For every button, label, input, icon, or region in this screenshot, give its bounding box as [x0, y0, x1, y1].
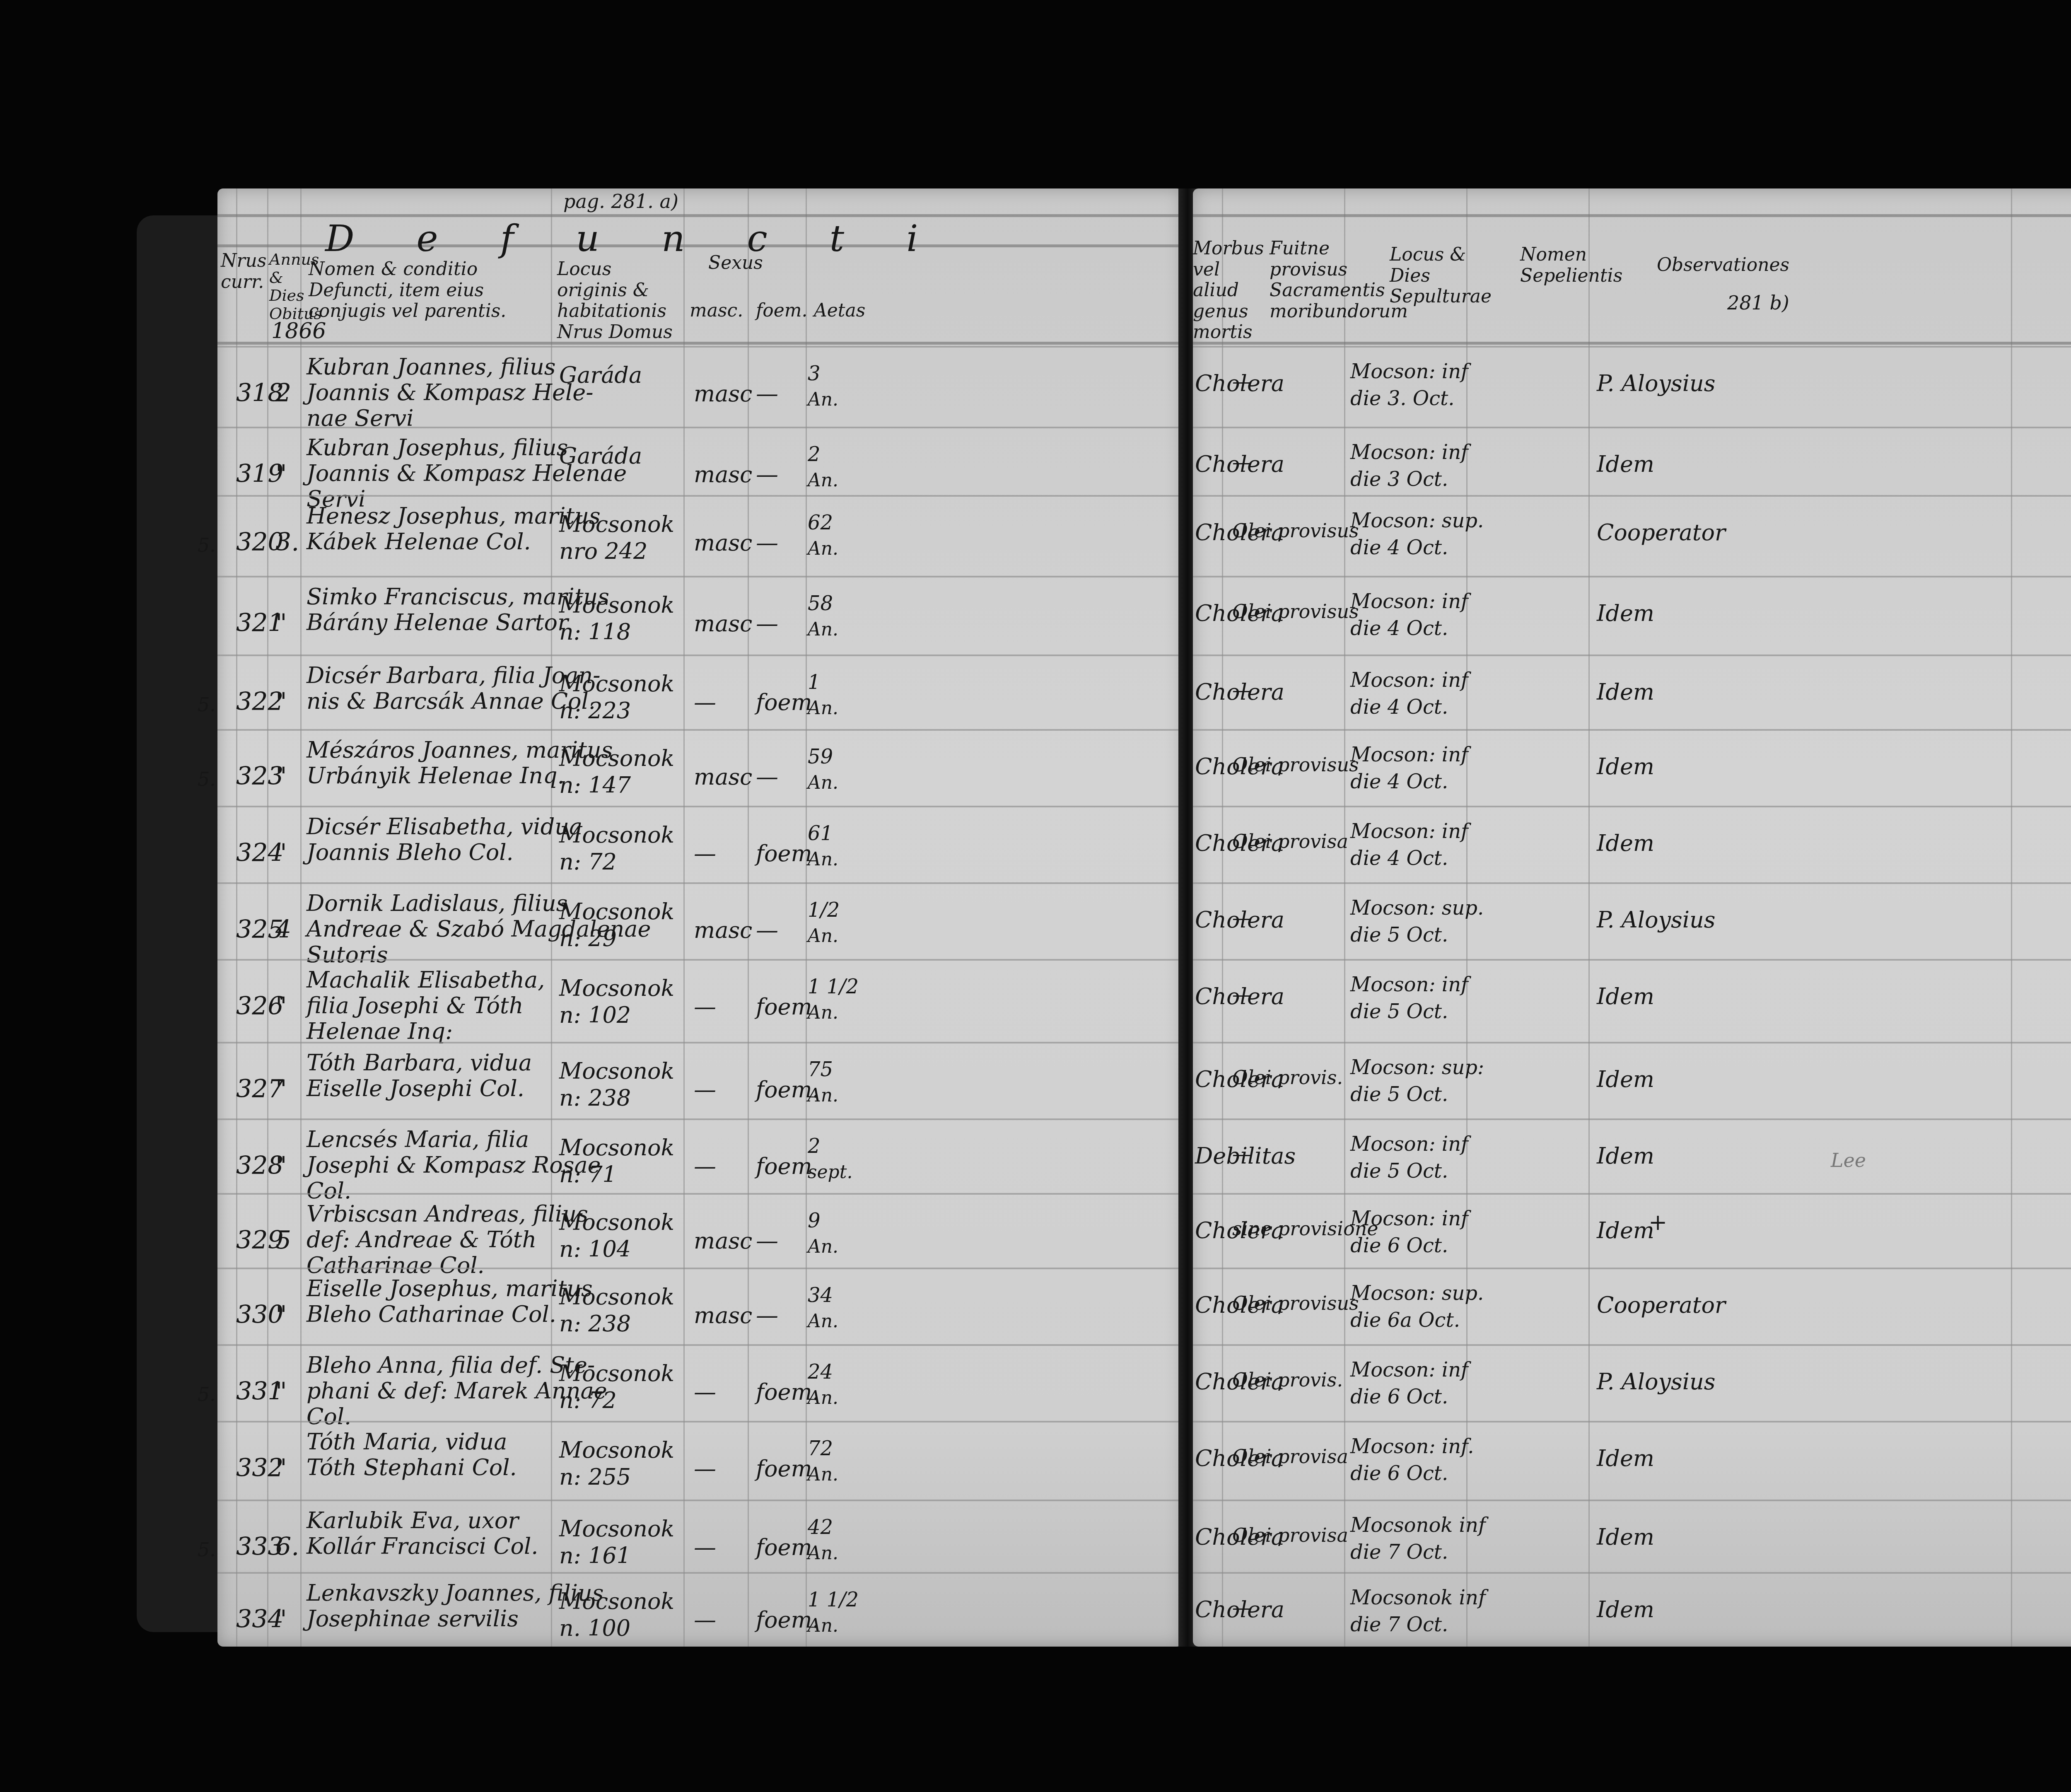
sex-foem: — [756, 1228, 778, 1254]
sex-foem: — [756, 381, 778, 407]
deceased-name-line2: Josephi & Kompasz Rosae [307, 1152, 601, 1178]
locus-line2: n: 29 [559, 926, 617, 952]
burial-date: die 4 Oct. [1350, 536, 1448, 559]
row-rule [1193, 1421, 2071, 1422]
locus-line1: Mocsonok [559, 976, 674, 1001]
row-rule [1193, 806, 2071, 807]
sex-masc: masc [694, 530, 752, 556]
deceased-name-line3: Helenae Inq: [307, 1019, 453, 1044]
age-unit: An. [808, 1311, 838, 1332]
table-row: Cholera — Mocson: inf die 3 Oct. Idem [1193, 427, 2071, 495]
age-unit: An. [808, 1002, 838, 1024]
locus-line1: Mocsonok [559, 1589, 674, 1614]
table-row: Cholera sine provisione Mocson: inf die … [1193, 1193, 2071, 1268]
table-row: 328 " Lencsés Maria, filia Josephi & Kom… [217, 1118, 1183, 1193]
sacraments: Olei provisus [1232, 1292, 1359, 1314]
table-row: Cholera Olei provis. Mocson: sup: die 5 … [1193, 1042, 2071, 1118]
sex-foem: — [756, 764, 778, 790]
table-row: 329 5 Vrbiscsan Andreas, filius def: And… [217, 1193, 1183, 1268]
deceased-name-line1: Dicsér Elisabetha, vidua [307, 814, 582, 840]
locus-line2: n: 147 [559, 773, 631, 798]
burial-place: Mocson: inf. [1350, 1435, 1474, 1458]
header-sexus: Sexus [708, 253, 763, 274]
page-reference: pag. 281. a) [563, 191, 678, 213]
row-rule [217, 729, 1183, 731]
age-value: 3 [808, 362, 821, 385]
sex-masc: — [694, 841, 716, 867]
row-rule [217, 1421, 1183, 1422]
officiant: Idem [1597, 1218, 1654, 1244]
burial-place: Mocson: inf [1350, 360, 1468, 383]
age-value: 1 [808, 671, 821, 694]
row-rule [217, 1193, 1183, 1195]
left-page: pag. 281. a) Defuncti Nrus curr. Annus &… [217, 188, 1183, 1647]
table-row: Cholera — Mocson: inf die 5 Oct. Idem [1193, 959, 2071, 1042]
deceased-name-line2: Bleho Catharinae Col. [307, 1302, 556, 1327]
burial-date: die 7 Oct. [1350, 1613, 1448, 1636]
officiant: Idem [1597, 601, 1654, 626]
deceased-name-line1: Bleho Anna, filia def. Ste- [307, 1352, 595, 1378]
age-unit: An. [808, 1464, 838, 1485]
row-rule [217, 495, 1183, 497]
officiant: Idem [1597, 754, 1654, 780]
deceased-name-line2: Kollár Francisci Col. [307, 1534, 538, 1559]
burial-place: Mocson: inf [1350, 590, 1468, 613]
header-locus: Locus originis & habitationis Nrus Domus [557, 259, 677, 343]
sacraments: — [1232, 1143, 1251, 1165]
table-row: 5. 323 " Mészáros Joannes, maritus Urbán… [217, 729, 1183, 806]
burial-place: Mocson: inf [1350, 820, 1468, 843]
day-of-death: " [275, 1377, 287, 1406]
age-value: 72 [808, 1437, 833, 1460]
locus-line1: Mocsonok [559, 1361, 674, 1386]
sacraments: — [1232, 452, 1251, 473]
officiant: Idem [1597, 452, 1654, 477]
table-row: 319 " Kubran Josephus, filius Joannis & … [217, 427, 1183, 495]
day-of-death: " [275, 1152, 287, 1180]
sex-masc: masc [694, 1228, 752, 1254]
day-of-death: " [275, 1605, 287, 1634]
sex-foem: foem [756, 994, 812, 1020]
age-value: 58 [808, 592, 833, 615]
locus-line2: n: 104 [559, 1237, 631, 1262]
deceased-name-line1: Henesz Josephus, maritus [307, 503, 601, 529]
header-year: 1866 [271, 319, 326, 344]
deceased-name-line2: Joannis & Kompasz Hele- [307, 380, 594, 406]
age-unit: An. [808, 619, 838, 640]
rule [217, 214, 1183, 217]
sex-foem: foem [756, 1456, 812, 1482]
locus-line1: Mocsonok [559, 671, 674, 697]
locus-line2: n: 102 [559, 1002, 631, 1028]
locus-line2: nro 242 [559, 539, 647, 564]
deceased-name-line2: Bárány Helenae Sartor [307, 610, 568, 635]
burial-place: Mocson: sup: [1350, 1056, 1484, 1079]
burial-place: Mocsonok inf [1350, 1587, 1486, 1609]
age-unit: An. [808, 389, 838, 411]
burial-date: die 7 Oct. [1350, 1541, 1448, 1564]
sex-foem: foem [756, 1535, 812, 1560]
age-unit: An. [808, 1543, 838, 1564]
sex-masc: — [694, 1077, 716, 1103]
row-rule [217, 959, 1183, 961]
age-value: 9 [808, 1210, 821, 1232]
sex-foem: foem [756, 841, 812, 867]
sex-masc: — [694, 1154, 716, 1179]
sex-masc: masc [694, 918, 752, 943]
sacraments: — [1232, 984, 1251, 1006]
row-rule [217, 806, 1183, 807]
locus-line2: n: 72 [559, 849, 617, 875]
age-unit: An. [808, 1616, 838, 1637]
burial-place: Mocson: sup. [1350, 897, 1484, 920]
day-of-death: 2 [275, 379, 291, 408]
table-row: Cholera — Mocson: inf die 3. Oct. P. Alo… [1193, 346, 2071, 427]
age-unit: An. [808, 926, 838, 947]
age-value: 42 [808, 1516, 833, 1539]
day-of-death: " [275, 992, 287, 1021]
header-sepultura: Locus & Dies Sepulturae [1390, 244, 1497, 307]
deceased-name-line2: nis & Barcsák Annae Col. [307, 688, 596, 714]
sacraments: — [1232, 371, 1251, 393]
sacraments: Olei provisus [1232, 601, 1359, 623]
sex-foem: foem [756, 1154, 812, 1179]
sacraments: — [1232, 679, 1251, 701]
locus-line2: n: 161 [559, 1543, 631, 1569]
table-row: Cholera Olei provisus Mocson: inf die 4 … [1193, 729, 2071, 806]
locus-line2: n: 223 [559, 698, 631, 724]
header-masc: masc. [690, 300, 743, 321]
deceased-name-line1: Lencsés Maria, filia [307, 1127, 529, 1152]
row-rule [217, 346, 1183, 348]
margin-mark: 5. [198, 768, 216, 790]
margin-mark: 5. [198, 534, 216, 556]
sex-masc: masc [694, 462, 752, 488]
table-row: Debilitas — Mocson: inf die 5 Oct. Idem [1193, 1118, 2071, 1193]
burial-date: die 5 Oct. [1350, 1083, 1448, 1106]
row-rule [1193, 1572, 2071, 1574]
sacraments: Olei provis. [1232, 1067, 1343, 1089]
table-row: 324 " Dicsér Elisabetha, vidua Joannis B… [217, 806, 1183, 882]
margin-mark: 5. [198, 1384, 216, 1406]
age-value: 59 [808, 746, 833, 768]
burial-date: die 3. Oct. [1350, 387, 1455, 410]
table-row: 325 4 Dornik Ladislaus, filius Andreae &… [217, 882, 1183, 959]
age-value: 34 [808, 1284, 833, 1307]
table-row: 332 " Tóth Maria, vidua Tóth Stephani Co… [217, 1421, 1183, 1500]
sex-masc: masc [694, 381, 752, 407]
age-unit: An. [808, 1085, 838, 1106]
age-unit: An. [808, 1237, 838, 1258]
locus-line1: Mocsonok [559, 1284, 674, 1310]
sex-masc: masc [694, 1303, 752, 1328]
deceased-name-line2: Urbányik Helenae Inq. [307, 763, 565, 789]
officiant: Idem [1597, 679, 1654, 705]
age-unit: An. [808, 849, 838, 870]
officiant: Idem [1597, 1067, 1654, 1092]
table-row: 330 " Eiselle Josephus, maritus Bleho Ca… [217, 1268, 1183, 1344]
header-sacramenta: Fuitne provisus Sacramentis moribundorum [1270, 238, 1381, 322]
age-value: 1 1/2 [808, 1589, 859, 1611]
table-row: Cholera Olei provis. Mocson: inf die 6 O… [1193, 1344, 2071, 1421]
burial-place: Mocson: inf [1350, 1133, 1468, 1156]
locus-line2: n: 118 [559, 619, 631, 645]
locus-line1: Mocsonok [559, 1516, 674, 1542]
row-rule [1193, 576, 2071, 577]
deceased-name-line2: Kábek Helenae Col. [307, 529, 531, 555]
row-rule [217, 882, 1183, 884]
table-row: Cholera Olei provisa Mocson: inf. die 6 … [1193, 1421, 2071, 1500]
table-row: 5. 333 6. Karlubik Eva, uxor Kollár Fran… [217, 1500, 1183, 1572]
burial-date: die 6 Oct. [1350, 1386, 1448, 1408]
burial-place: Mocson: sup. [1350, 1282, 1484, 1305]
page-reference: 281 b) [1727, 292, 1789, 314]
day-of-death: " [275, 460, 287, 488]
burial-date: die 5 Oct. [1350, 924, 1448, 947]
deceased-name-line2: Eiselle Josephi Col. [307, 1076, 524, 1101]
row-rule [1193, 1500, 2071, 1501]
burial-date: die 4 Oct. [1350, 617, 1448, 640]
rule [217, 342, 1183, 345]
row-rule [1193, 346, 2071, 348]
day-of-death: " [275, 1075, 287, 1104]
deceased-name-line1: Machalik Elisabetha, [307, 967, 545, 993]
row-rule [1193, 1193, 2071, 1195]
sex-masc: masc [694, 611, 752, 637]
table-row: 318 2 Kubran Joannes, filius Joannis & K… [217, 346, 1183, 427]
table-row: Cholera Olei provisus Mocson: inf die 4 … [1193, 576, 2071, 654]
margin-mark: 5. [198, 1539, 216, 1561]
locus-line2: n. 100 [559, 1616, 630, 1641]
day-of-death: " [275, 1454, 287, 1483]
row-rule [217, 1118, 1183, 1120]
burial-place: Mocson: inf [1350, 973, 1468, 996]
table-row: Cholera — Mocsonok inf die 7 Oct. Idem [1193, 1572, 2071, 1649]
table-row: 321 " Simko Franciscus, maritus Bárány H… [217, 576, 1183, 654]
sex-foem: foem [756, 690, 812, 715]
age-value: 1/2 [808, 899, 840, 922]
sex-foem: — [756, 530, 778, 556]
day-of-death: 6. [275, 1533, 299, 1561]
deceased-name-line1: Vrbiscsan Andreas, filius [307, 1201, 588, 1227]
margin-mark: 5. [198, 694, 216, 716]
row-rule [1193, 1268, 2071, 1269]
row-rule [1193, 495, 2071, 497]
day-of-death: " [275, 839, 287, 867]
sacraments: — [1232, 1597, 1251, 1619]
burial-date: die 3 Oct. [1350, 468, 1448, 491]
deceased-name-line1: Tóth Maria, vidua [307, 1429, 507, 1455]
locus-line1: Mocsonok [559, 746, 674, 771]
sex-foem: — [756, 1303, 778, 1328]
deceased-name-line1: Karlubik Eva, uxor [307, 1508, 519, 1534]
day-of-death: " [275, 688, 287, 716]
age-value: 75 [808, 1058, 833, 1081]
day-of-death: " [275, 609, 287, 638]
header-morbus: Morbus vel aliud genus mortis [1193, 238, 1265, 343]
locus-line2: n: 71 [559, 1162, 617, 1188]
table-row: Cholera Olei provisa Mocsonok inf die 7 … [1193, 1500, 2071, 1572]
sex-masc: masc [694, 764, 752, 790]
row-rule [1193, 882, 2071, 884]
table-row: Cholera — Mocson: inf die 4 Oct. Idem [1193, 654, 2071, 729]
row-rule [217, 1042, 1183, 1043]
deceased-name-line1: Tóth Barbara, vidua [307, 1050, 532, 1076]
sex-masc: — [694, 1607, 716, 1633]
row-rule [1193, 1118, 2071, 1120]
deceased-name-line1: Eiselle Josephus, maritus [307, 1276, 593, 1302]
age-unit: An. [808, 1388, 838, 1409]
deceased-name-line2: Joannis Bleho Col. [307, 840, 514, 865]
age-value: 2 [808, 443, 821, 466]
row-rule [1193, 427, 2071, 428]
table-row: Cholera Olei provisa Mocson: inf die 4 O… [1193, 806, 2071, 882]
table-row: 5. 331 " Bleho Anna, filia def. Ste- pha… [217, 1344, 1183, 1421]
header-observationes: Observationes [1657, 255, 1789, 276]
locus-line2: n: 238 [559, 1085, 631, 1111]
locus-line1: Garáda [559, 443, 642, 469]
header-nr: Nrus curr. [221, 251, 266, 292]
sex-masc: — [694, 994, 716, 1020]
row-rule [217, 1572, 1183, 1574]
locus-line1: Mocsonok [559, 592, 674, 618]
table-row: Cholera Olei provisus Mocson: sup. die 6… [1193, 1268, 2071, 1344]
deceased-name-line1: Kubran Josephus, filius [307, 435, 568, 461]
locus-line1: Mocsonok [559, 1437, 674, 1463]
deceased-name-line1: Kubran Joannes, filius [307, 354, 555, 380]
burial-date: die 6a Oct. [1350, 1309, 1460, 1332]
row-rule [1193, 1042, 2071, 1043]
pencil-annotation: Lee [1831, 1150, 1866, 1171]
age-unit: An. [808, 698, 838, 719]
locus-line1: Mocsonok [559, 512, 674, 537]
rule [1193, 342, 2071, 345]
table-row: Cholera — Mocson: sup. die 5 Oct. P. Alo… [1193, 882, 2071, 959]
day-of-death: " [275, 762, 287, 791]
sex-masc: — [694, 1535, 716, 1560]
table-row: 326 " Machalik Elisabetha, filia Josephi… [217, 959, 1183, 1042]
officiant: Idem [1597, 984, 1654, 1010]
burial-date: die 4 Oct. [1350, 696, 1448, 719]
officiant: Idem [1597, 1446, 1654, 1471]
sacraments: Olei provisus [1232, 520, 1359, 542]
locus-line2: n: 255 [559, 1464, 631, 1490]
deceased-name-line1: Dornik Ladislaus, filius [307, 891, 568, 916]
sacraments: — [1232, 907, 1251, 929]
officiant: Idem [1597, 1597, 1654, 1623]
locus-line2: n: 72 [559, 1388, 617, 1413]
sacraments: Olei provis. [1232, 1369, 1343, 1391]
row-rule [1193, 959, 2071, 961]
row-rule [217, 576, 1183, 577]
header-sepeliens: Nomen Sepelientis [1520, 244, 1611, 286]
burial-place: Mocson: inf [1350, 669, 1468, 692]
day-of-death: 3. [275, 528, 299, 557]
sex-masc: — [694, 1456, 716, 1482]
day-of-death: " [275, 1301, 287, 1329]
sacraments: Olei provisa [1232, 1446, 1348, 1468]
age-value: 61 [808, 822, 833, 845]
sacraments: Olei provisa [1232, 1524, 1348, 1546]
locus-line1: Mocsonok [559, 899, 674, 925]
burial-date: die 4 Oct. [1350, 847, 1448, 870]
row-rule [1193, 729, 2071, 731]
row-rule [217, 654, 1183, 656]
deceased-name-line2: Josephinae servilis [307, 1606, 519, 1632]
header-aetas: Aetas [814, 300, 865, 321]
locus-line2: n: 238 [559, 1311, 631, 1337]
burial-place: Mocsonok inf [1350, 1514, 1486, 1537]
table-row: 334 " Lenkavszky Joannes, filius Josephi… [217, 1572, 1183, 1649]
officiant: Cooperator [1597, 520, 1726, 546]
sacraments: Olei provisa [1232, 831, 1348, 853]
burial-place: Mocson: inf [1350, 744, 1468, 766]
burial-place: Mocson: inf [1350, 441, 1468, 464]
burial-date: die 4 Oct. [1350, 770, 1448, 793]
age-value: 24 [808, 1361, 833, 1384]
sacraments: Olei provisus [1232, 754, 1359, 776]
locus-line1: Mocsonok [559, 822, 674, 848]
row-rule [217, 427, 1183, 428]
age-unit: An. [808, 773, 838, 794]
burial-date: die 6 Oct. [1350, 1234, 1448, 1257]
table-row: 5. 322 " Dicsér Barbara, filia Joan- nis… [217, 654, 1183, 729]
table-row: Cholera Olei provisus Mocson: sup. die 4… [1193, 495, 2071, 576]
burial-place: Mocson: inf [1350, 1208, 1468, 1230]
sex-masc: — [694, 1379, 716, 1405]
header-foem: foem. [756, 300, 808, 321]
rule [1193, 214, 2071, 217]
row-rule [217, 1500, 1183, 1501]
table-row: 5. 320 3. Henesz Josephus, maritus Kábek… [217, 495, 1183, 576]
burial-date: die 6 Oct. [1350, 1462, 1448, 1485]
locus-line1: Mocsonok [559, 1210, 674, 1235]
sex-foem: — [756, 918, 778, 943]
officiant: Idem [1597, 1524, 1654, 1550]
deceased-name-line1: Dicsér Barbara, filia Joan- [307, 663, 601, 688]
burial-place: Mocson: sup. [1350, 510, 1484, 532]
row-rule [1193, 654, 2071, 656]
observation: + [1649, 1210, 1667, 1235]
officiant: Idem [1597, 831, 1654, 856]
locus-line1: Mocsonok [559, 1058, 674, 1084]
burial-place: Mocson: inf [1350, 1359, 1468, 1381]
row-rule [217, 1268, 1183, 1269]
day-of-death: 4 [275, 915, 291, 944]
locus-line1: Mocsonok [559, 1135, 674, 1161]
officiant: Idem [1597, 1143, 1654, 1169]
officiant: P. Aloysius [1597, 907, 1715, 933]
deceased-name-line2: def: Andreae & Tóth [307, 1227, 536, 1253]
deceased-name-line2: filia Josephi & Tóth [307, 993, 524, 1019]
sex-foem: — [756, 462, 778, 488]
row-rule [217, 1344, 1183, 1346]
deceased-name-line2: Tóth Stephani Col. [307, 1455, 517, 1480]
sex-foem: — [756, 611, 778, 637]
header-day: Annus & Dies Obitus [269, 251, 302, 323]
officiant: P. Aloysius [1597, 371, 1715, 396]
age-value: 1 1/2 [808, 976, 859, 998]
age-value: 62 [808, 512, 833, 534]
burial-date: die 5 Oct. [1350, 1000, 1448, 1023]
right-page: Morbus vel aliud genus mortis Fuitne pro… [1193, 188, 2071, 1647]
age-unit: sept. [808, 1162, 852, 1183]
officiant: P. Aloysius [1597, 1369, 1715, 1395]
table-row: 327 " Tóth Barbara, vidua Eiselle Joseph… [217, 1042, 1183, 1118]
age-unit: An. [808, 539, 838, 560]
header-name: Nomen & conditio Defuncti, item eius con… [309, 259, 541, 322]
burial-date: die 5 Oct. [1350, 1160, 1448, 1183]
